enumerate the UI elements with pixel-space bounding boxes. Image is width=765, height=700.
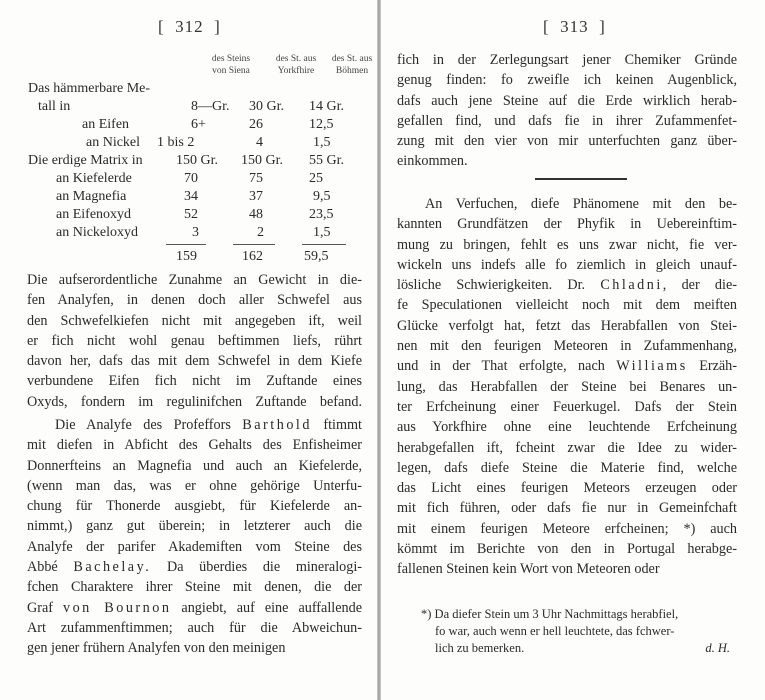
text-run: An Verfuchen, diefe Phänomene mit den be…	[425, 196, 737, 212]
table-cell: 55 Gr.	[309, 153, 344, 169]
text-run: wickeln uns indefs alle fo ziemlich in g…	[397, 257, 737, 273]
text-line: An Verfuchen, diefe Phänomene mit den be…	[397, 194, 737, 214]
footnote-text: lich zu bemerken.	[435, 641, 524, 655]
table-cell: 1,5	[313, 225, 331, 241]
footnote: *) Da diefer Stein um 3 Uhr Nachmittags …	[421, 606, 726, 657]
row-label: an Kiefelerde	[56, 171, 132, 187]
text-line: (wenn man das, was er ohne gehörige Unte…	[27, 476, 362, 496]
text-run: Graf	[27, 600, 63, 616]
text-line: kömmt im Berichte von den in Portugal he…	[397, 539, 737, 559]
table-cell: 6+	[191, 117, 206, 133]
table-cell: 150 Gr.	[176, 153, 218, 169]
text-run: mit einem feurigen Meteore erfcheinen; *…	[397, 521, 737, 537]
table-cell: 52	[184, 207, 198, 223]
table-cell: 1,5	[313, 135, 331, 151]
text-line: Graf von Bournon angiebt, auf eine auffa…	[27, 598, 362, 618]
text-run: Abbé	[27, 559, 73, 575]
right-page: [ 313 ] fich in der Zerlegungsart jener …	[381, 0, 765, 700]
text-line: dafs auch jene Steine auf die Erde wirkl…	[397, 91, 737, 111]
text-line: genug finden: fo zweifle ich keinen Auge…	[397, 70, 737, 90]
text-run: Die Analyfe des Profeffors	[55, 417, 242, 433]
text-line: verbundene Eifen fich nicht im Zuftande …	[27, 371, 362, 391]
spaced-name: Bachelay.	[73, 559, 151, 575]
row-label: an Eifen	[82, 117, 129, 133]
text-line: kannten Grundfätzen der Phyfik in Uebere…	[397, 214, 737, 234]
text-line: Die aufserordentliche Zunahme an Gewicht…	[27, 270, 362, 290]
table-cell: 8—Gr.	[191, 99, 230, 115]
sum-rule	[233, 244, 275, 245]
row-label: Das hämmerbare Me-	[28, 81, 150, 97]
spaced-name: Williams	[616, 358, 687, 374]
column-header-line: des St. aus	[276, 54, 316, 64]
text-line: fchen Charaktere ihrer Steine mit denen,…	[27, 577, 362, 597]
text-line: mit einem feurigen Meteore erfcheinen; *…	[397, 519, 737, 539]
text-run: herabgefallen ift, fcheint zwar die Idee…	[397, 440, 737, 456]
table-cell: 34	[184, 189, 198, 205]
left-page: [ 312 ] des Steins von Siena des St. aus…	[0, 0, 378, 700]
text-line: gefallen find, und dafs fie in ihrer Zuf…	[397, 111, 737, 131]
column-header-line: des St. aus	[332, 54, 372, 64]
column-header-siena: des Steins von Siena	[196, 53, 266, 77]
page-number: [ 312 ]	[158, 17, 221, 37]
text-run: angiebt, auf eine auffallende	[171, 600, 362, 616]
text-line: ter Erfcheinung einer Feuerkugel. Dafs d…	[397, 397, 737, 417]
text-run: Art zufammenftimmen; auch für die Abweic…	[27, 620, 362, 636]
total-cell: 59,5	[304, 249, 329, 265]
text-line: und in der That erfolgte, nach Williams …	[397, 356, 737, 376]
text-line: wickeln uns indefs alle fo ziemlich in g…	[397, 255, 737, 275]
text-line: Donnerfteins an Magnefia und auch an Kie…	[27, 456, 362, 476]
text-line: einkommen.	[397, 151, 737, 171]
text-line: lung, das Herabfallen der Steine bei Ben…	[397, 377, 737, 397]
text-run: kannten Grundfätzen der Phyfik in Uebere…	[397, 216, 737, 232]
row-label: tall in	[38, 99, 70, 115]
total-cell: 162	[242, 249, 263, 265]
paragraph-barthold-analysis: Die Analyfe des Profeffors Barthold ftim…	[27, 415, 362, 659]
table-cell: 3	[192, 225, 199, 241]
text-run: ftimmt	[312, 417, 362, 433]
text-run: mit fich führen, oder dafs fie nur in Ge…	[397, 500, 737, 516]
text-line: fich in der Zerlegungsart jener Chemiker…	[397, 50, 737, 70]
sum-rule	[302, 244, 346, 245]
text-run: , der die-	[663, 277, 737, 293]
text-run: fchen Charaktere ihrer Steine mit denen,…	[27, 579, 362, 595]
text-run: legen, dafs diefe Steine die Materie fin…	[397, 460, 737, 476]
footnote-line: *) Da diefer Stein um 3 Uhr Nachmittags …	[421, 606, 726, 623]
table-cell: 26	[249, 117, 263, 133]
table-cell: 4	[256, 135, 263, 151]
text-line: Abbé Bachelay. Da überdies die mineralog…	[27, 557, 362, 577]
text-line: chung für Thonerde ausgiebt, für Kiefele…	[27, 496, 362, 516]
text-line: Die Analyfe des Profeffors Barthold ftim…	[27, 415, 362, 435]
table-cell: 70	[184, 171, 198, 187]
text-run: das Licht eines feurigen Meteors erzeuge…	[397, 480, 737, 496]
text-line: das Licht eines feurigen Meteors erzeuge…	[397, 478, 737, 498]
text-line: er fich nicht wohl genau beftimmen liefs…	[27, 331, 362, 351]
text-run: gen jener frühern Analyfen von den meini…	[27, 640, 285, 656]
text-run: Erzäh-	[688, 358, 737, 374]
text-line: lösliche Schwierigkeiten. Dr. Chladni, d…	[397, 275, 737, 295]
text-run: nimmt,) ganz gut überein; in letzterer a…	[27, 518, 362, 534]
text-run: und in der That erfolgte, nach	[397, 358, 616, 374]
text-run: lung, das Herabfallen der Steine bei Ben…	[397, 379, 737, 395]
text-line: fallenen Steinen kein Wort von Meteoren …	[397, 559, 737, 579]
column-header-line: des Steins	[212, 54, 250, 64]
text-line: Art zufammenftimmen; auch für die Abweic…	[27, 618, 362, 638]
footnote-signature: d. H.	[705, 640, 730, 657]
table-cell: 30 Gr.	[249, 99, 284, 115]
table-cell: 23,5	[309, 207, 334, 223]
text-run: mung zu bringen, fehlt es uns zwar nicht…	[397, 237, 737, 253]
text-run: ter Erfcheinung einer Feuerkugel. Dafs d…	[397, 399, 737, 415]
table-cell: 37	[249, 189, 263, 205]
column-header-line: Böhmen	[336, 66, 368, 76]
text-line: nen mit den feurigen Meteoren in Zufamme…	[397, 336, 737, 356]
table-cell: 2	[257, 225, 264, 241]
text-run: nen mit den feurigen Meteoren in Zufamme…	[397, 338, 737, 354]
text-run: (wenn man das, was er ohne gehörige Unte…	[27, 478, 362, 494]
text-line: mit fich führen, oder dafs fie nur in Ge…	[397, 498, 737, 518]
paragraph-conclusion: fich in der Zerlegungsart jener Chemiker…	[397, 50, 737, 172]
spaced-name: Chladni	[600, 277, 662, 293]
text-run: Da überdies die mineralogi-	[151, 559, 362, 575]
table-cell: 14 Gr.	[309, 99, 344, 115]
text-line: fen Analyfen, in denen doch aller Schwef…	[27, 290, 362, 310]
text-line: Analyfe der parifer Akademiften vom Stei…	[27, 537, 362, 557]
text-run: Glücke verfolgt hat, fetzt das Herabfall…	[397, 318, 737, 334]
footnote-line: fo war, auch wenn er hell leuchtete, das…	[421, 623, 726, 640]
row-label: an Magnefia	[56, 189, 126, 205]
text-line: Oxyds, fondern im regulinifchen Zuftande…	[27, 392, 362, 412]
table-cell: 48	[249, 207, 263, 223]
paragraph-meteor-theories: An Verfuchen, diefe Phänomene mit den be…	[397, 194, 737, 580]
total-cell: 159	[176, 249, 197, 265]
row-label: an Nickel	[86, 135, 140, 151]
text-line: aus Yorkfhire ohne eine leuchtende Erfch…	[397, 417, 737, 437]
text-run: Analyfe der parifer Akademiften vom Stei…	[27, 539, 362, 555]
paragraph-weight-increase: Die aufserordentliche Zunahme an Gewicht…	[27, 270, 362, 412]
text-line: Glücke verfolgt hat, fetzt das Herabfall…	[397, 316, 737, 336]
text-line: legen, dafs diefe Steine die Materie fin…	[397, 458, 737, 478]
row-label: Die erdige Matrix in	[28, 153, 143, 169]
table-cell: 1 bis 2	[157, 135, 194, 151]
text-line: mit diefen in Abficht des Gehalts des En…	[27, 435, 362, 455]
text-run: fe Speculationen vielleicht noch mit dem…	[397, 297, 737, 313]
table-cell: 9,5	[313, 189, 331, 205]
text-run: mit diefen in Abficht des Gehalts des En…	[27, 437, 362, 453]
table-cell: 12,5	[309, 117, 334, 133]
text-run: kömmt im Berichte von den in Portugal he…	[397, 541, 737, 557]
row-label: an Nickeloxyd	[56, 225, 138, 241]
text-run: aus Yorkfhire ohne eine leuchtende Erfch…	[397, 419, 737, 435]
text-run: lösliche Schwierigkeiten. Dr.	[397, 277, 600, 293]
column-header-line: Yorkfhire	[278, 66, 315, 76]
sum-rule	[166, 244, 206, 245]
text-line: gen jener frühern Analyfen von den meini…	[27, 638, 362, 658]
footnote-line: lich zu bemerken. d. H.	[421, 640, 726, 657]
text-run: fallenen Steinen kein Wort von Meteoren …	[397, 561, 660, 577]
table-cell: 75	[249, 171, 263, 187]
table-cell: 25	[309, 171, 323, 187]
table-cell: 150 Gr.	[241, 153, 283, 169]
spaced-name: von Bournon	[63, 600, 171, 616]
text-line: davon her, dafs das mit dem Schwefel in …	[27, 351, 362, 371]
page-number: [ 313 ]	[543, 17, 606, 37]
spaced-name: Barthold	[242, 417, 312, 433]
column-header-line: von Siena	[212, 66, 250, 76]
text-line: den Schwefelkiefen nicht mit angegeben i…	[27, 311, 362, 331]
text-line: mung zu bringen, fehlt es uns zwar nicht…	[397, 235, 737, 255]
column-header-yorkshire: des St. aus Yorkfhire	[264, 53, 328, 77]
section-divider	[535, 178, 627, 180]
text-line: nimmt,) ganz gut überein; in letzterer a…	[27, 516, 362, 536]
column-header-bohemia: des St. aus Böhmen	[320, 53, 384, 77]
text-run: Donnerfteins an Magnefia und auch an Kie…	[27, 458, 362, 474]
row-label: an Eifenoxyd	[56, 207, 131, 223]
text-line: zung mit den vier von mir unterfuchten g…	[397, 131, 737, 151]
text-line: fe Speculationen vielleicht noch mit dem…	[397, 295, 737, 315]
text-line: herabgefallen ift, fcheint zwar die Idee…	[397, 438, 737, 458]
text-run: chung für Thonerde ausgiebt, für Kiefele…	[27, 498, 362, 514]
